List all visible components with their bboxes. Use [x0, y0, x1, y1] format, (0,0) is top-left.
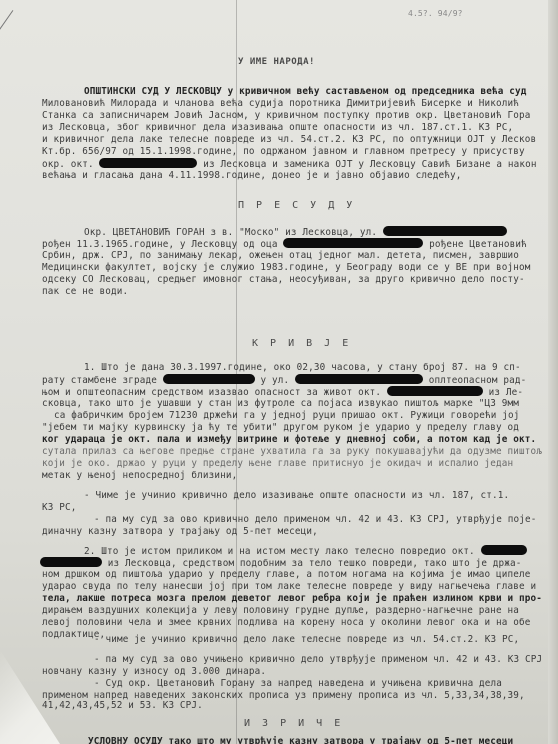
count2-line: ном дршком од пиштоља ударио у пределу г…	[42, 569, 531, 581]
count1-line: сковца, тако што је ушавши у стан из фут…	[42, 398, 519, 410]
intro-text: окр. окт.	[42, 159, 99, 170]
intro-line: Станка са записничарем Јовић Јасном, у к…	[42, 110, 531, 122]
last-line: УСЛОВНУ ОСУДУ тако што му утврђује казну…	[88, 736, 513, 744]
count1-line: метак у њеној непосредној близини,	[42, 470, 237, 482]
count2-sentence: - па му суд за ово учињено кривично дело…	[94, 654, 542, 666]
reference-number: 4.5?. 94/9?	[408, 8, 463, 20]
redaction-bar	[383, 226, 507, 236]
intro-text: из Лесковца и заменика ОЈТ у Лесковцу Са…	[203, 159, 536, 170]
defendant-text: рођен 11.3.1965.године, у Лесковцу од оц…	[42, 239, 278, 250]
intro-line: из Лесковца, због кривичног дела изазива…	[42, 122, 513, 134]
verdict-heading: П Р Е С У Д У	[238, 200, 355, 212]
defendant-text: Окр. ЦВЕТАНОВИЋ ГОРАН з в. "Моско" из Ле…	[84, 227, 377, 238]
intro-line: Кт.бр. 656/97 од 15.1.1998.године, по од…	[42, 146, 525, 158]
count1-sentence: диначну казну затвора у трајању од 5-пет…	[42, 526, 318, 538]
count1-qualification: КЗ РС,	[42, 502, 76, 514]
count2-sentence: новчану казну у износу од 3.000 динара.	[42, 666, 266, 678]
count1-line: сутала прилаз са његове предње стране ух…	[42, 446, 542, 458]
count1-text: њом и општеопасним средством изазвао опа…	[42, 387, 381, 398]
redaction-bar	[387, 386, 483, 396]
redaction-bar	[295, 374, 423, 384]
redaction-bar	[163, 374, 255, 384]
count2-line: левој половини чела и змее крвних подлив…	[42, 617, 531, 629]
count2-line: тела, лакше потреса мозга прелом деветог…	[42, 593, 542, 605]
defendant-line: одсеку СО Лесковац, средњег имовног стањ…	[42, 274, 525, 286]
redaction-bar	[99, 158, 197, 168]
defendant-line: Медицински факултет, војску је служио 19…	[42, 262, 531, 274]
count1-line: 1. Што је дана 30.3.1997.године, око 02,…	[84, 362, 521, 374]
pen-mark	[0, 10, 13, 32]
defendant-line: Србин, држ. СРЈ, по занимању лекар, ожењ…	[42, 250, 519, 262]
redaction-bar	[283, 238, 423, 248]
count2-qualification-text: - чиме је учинио кривично дело лаке теле…	[94, 634, 519, 646]
count1-text: оплтеопасном рад-	[429, 375, 527, 386]
count1-text: рату стамбене зграде	[42, 375, 157, 386]
count2-line: дирањем ваздушних колекција у леву полов…	[42, 605, 519, 617]
guilty-heading: К Р И В Ј Е	[252, 338, 351, 350]
redaction-bar	[481, 545, 527, 555]
redaction-bar	[40, 557, 102, 567]
count1-sentence: - па му суд за ово кривично дело примено…	[94, 514, 537, 526]
intro-line: већања и гласања дана 4.11.1998.године, …	[42, 170, 462, 182]
count1-line: ког удараца је окт. пала и између витрин…	[42, 434, 536, 446]
count1-qualification: - Чиме је учинио кривично дело изазивање…	[84, 490, 509, 502]
heading-in-the-name-of-the-people: У ИМЕ НАРОДА!	[238, 56, 315, 68]
count1-line: "јебем ти мајку курвинску ја ћу те убити…	[42, 422, 519, 434]
defendant-line: пак се не води.	[42, 286, 128, 298]
count1-text: у ул.	[260, 375, 289, 386]
intro-line: и кривичног дела лаке телесне повреде из…	[42, 134, 536, 146]
intro-line: Миловановић Милорада и чланова већа суди…	[42, 98, 519, 110]
count1-text: из Ле-	[489, 387, 523, 398]
court-statement: - Суд окр. Цветановић Горану за напред н…	[94, 678, 502, 690]
page-edge	[548, 0, 558, 744]
count1-line: са фабричким бројем 71230 држећи га у је…	[54, 410, 520, 422]
intro-line: ОПШТИНСКИ СУД У ЛЕСКОВЦУ у кривичном већ…	[84, 86, 527, 98]
court-statement: 41,42,43,45,52 и 53. КЗ СРЈ.	[42, 700, 203, 712]
document-page: 4.5?. 94/9? У ИМЕ НАРОДА! ОПШТИНСКИ СУД …	[0, 0, 548, 744]
count2-text: из Лесковца, средством подобним за тело …	[108, 558, 522, 569]
defendant-text: рођене Цветановић	[429, 239, 527, 250]
pronounces-heading: И З Р И Ч Е	[244, 718, 343, 730]
count2-text: 2. Што је истом приликом и на истом мест…	[84, 546, 475, 557]
count1-line: који је око. држао у руци у пределу њене…	[42, 458, 513, 470]
count2-line: ударао свуда по телу нанесши јој при том…	[42, 581, 536, 593]
